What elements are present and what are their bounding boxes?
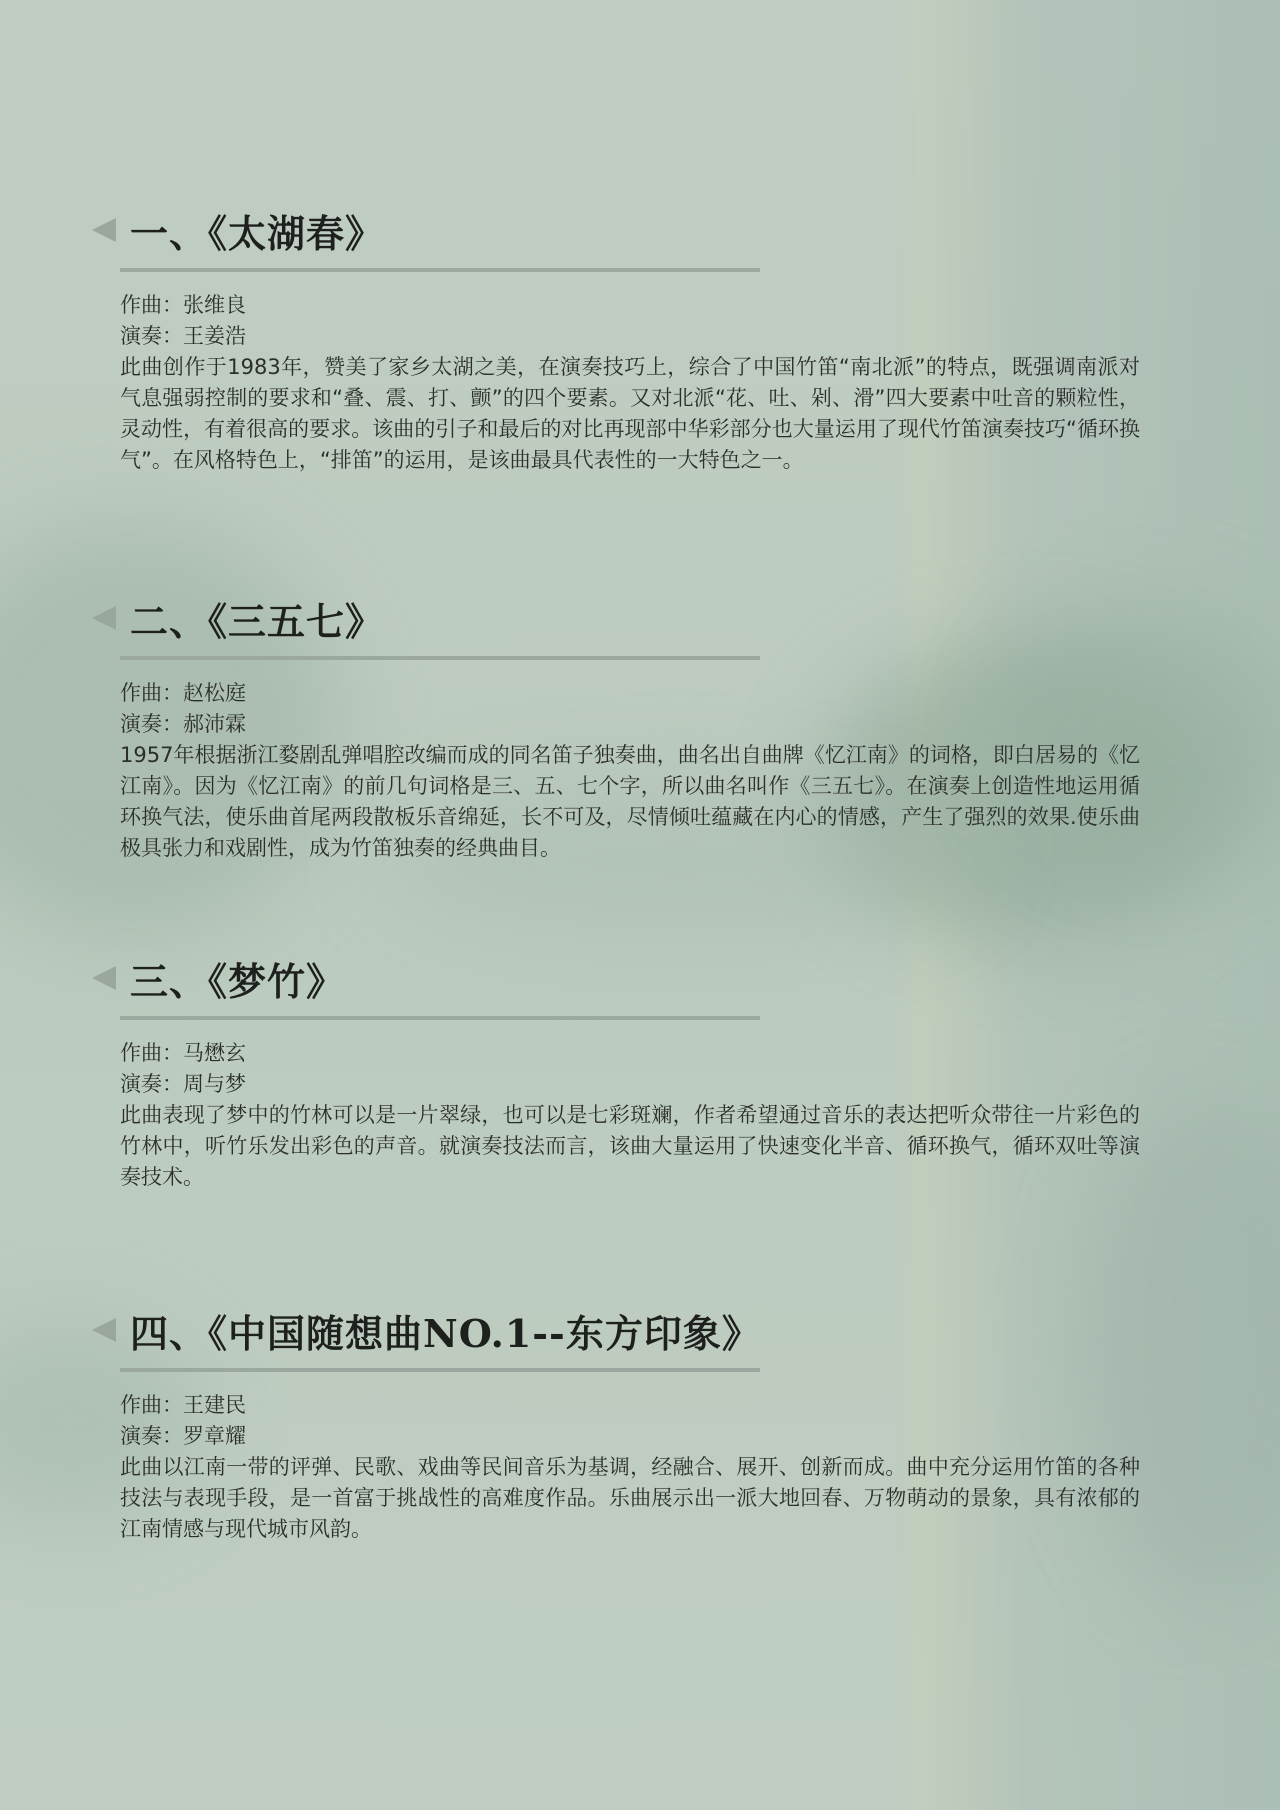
performer-name: 周与梦 xyxy=(183,1072,246,1096)
section-heading-row: 四、《中国随想曲NO.1--东方印象》 xyxy=(92,1300,1152,1360)
piece-section: 三、《梦竹》 作曲：马懋玄 演奏：周与梦 此曲表现了梦中的竹林可以是一片翠绿，也… xyxy=(92,948,1152,1193)
triangle-marker-icon xyxy=(92,606,116,630)
section-body: 作曲：赵松庭 演奏：郝沛霖 1957年根据浙江婺剧乱弹唱腔改编而成的同名笛子独奏… xyxy=(120,678,1140,864)
section-heading: 三、《梦竹》 xyxy=(130,951,345,1006)
composer-label: 作曲： xyxy=(120,681,183,705)
performer-label: 演奏： xyxy=(120,1072,183,1096)
piece-section: 一、《太湖春》 作曲：张维良 演奏：王姜浩 此曲创作于1983年，赞美了家乡太湖… xyxy=(92,200,1152,476)
section-body: 作曲：张维良 演奏：王姜浩 此曲创作于1983年，赞美了家乡太湖之美，在演奏技巧… xyxy=(120,290,1140,476)
section-heading-row: 三、《梦竹》 xyxy=(92,948,1152,1008)
section-heading: 四、《中国随想曲NO.1--东方印象》 xyxy=(130,1303,761,1358)
triangle-marker-icon xyxy=(92,966,116,990)
section-heading-row: 二、《三五七》 xyxy=(92,588,1152,648)
triangle-marker-icon xyxy=(92,1318,116,1342)
piece-description: 此曲以江南一带的评弹、民歌、戏曲等民间音乐为基调，经融合、展开、创新而成。曲中充… xyxy=(120,1452,1140,1545)
composer-name: 王建民 xyxy=(183,1393,246,1417)
heading-divider xyxy=(120,1016,760,1020)
performer-line: 演奏：王姜浩 xyxy=(120,321,1140,352)
piece-description: 1957年根据浙江婺剧乱弹唱腔改编而成的同名笛子独奏曲，曲名出自曲牌《忆江南》的… xyxy=(120,740,1140,864)
performer-name: 王姜浩 xyxy=(183,324,246,348)
performer-label: 演奏： xyxy=(120,1424,183,1448)
piece-section: 四、《中国随想曲NO.1--东方印象》 作曲：王建民 演奏：罗章耀 此曲以江南一… xyxy=(92,1300,1152,1545)
piece-description: 此曲表现了梦中的竹林可以是一片翠绿，也可以是七彩斑斓，作者希望通过音乐的表达把听… xyxy=(120,1100,1140,1193)
composer-name: 赵松庭 xyxy=(183,681,246,705)
composer-label: 作曲： xyxy=(120,1041,183,1065)
heading-divider xyxy=(120,656,760,660)
section-heading: 一、《太湖春》 xyxy=(130,203,384,258)
composer-line: 作曲：赵松庭 xyxy=(120,678,1140,709)
composer-line: 作曲：马懋玄 xyxy=(120,1038,1140,1069)
heading-divider xyxy=(120,1368,760,1372)
section-body: 作曲：王建民 演奏：罗章耀 此曲以江南一带的评弹、民歌、戏曲等民间音乐为基调，经… xyxy=(120,1390,1140,1545)
performer-label: 演奏： xyxy=(120,712,183,736)
performer-line: 演奏：周与梦 xyxy=(120,1069,1140,1100)
composer-name: 张维良 xyxy=(183,293,246,317)
triangle-marker-icon xyxy=(92,218,116,242)
performer-line: 演奏：罗章耀 xyxy=(120,1421,1140,1452)
performer-line: 演奏：郝沛霖 xyxy=(120,709,1140,740)
section-heading: 二、《三五七》 xyxy=(130,591,384,646)
heading-divider xyxy=(120,268,760,272)
piece-description: 此曲创作于1983年，赞美了家乡太湖之美，在演奏技巧上，综合了中国竹笛“南北派”… xyxy=(120,352,1140,476)
section-heading-row: 一、《太湖春》 xyxy=(92,200,1152,260)
composer-name: 马懋玄 xyxy=(183,1041,246,1065)
piece-section: 二、《三五七》 作曲：赵松庭 演奏：郝沛霖 1957年根据浙江婺剧乱弹唱腔改编而… xyxy=(92,588,1152,864)
composer-line: 作曲：王建民 xyxy=(120,1390,1140,1421)
performer-name: 郝沛霖 xyxy=(183,712,246,736)
section-body: 作曲：马懋玄 演奏：周与梦 此曲表现了梦中的竹林可以是一片翠绿，也可以是七彩斑斓… xyxy=(120,1038,1140,1193)
composer-line: 作曲：张维良 xyxy=(120,290,1140,321)
performer-label: 演奏： xyxy=(120,324,183,348)
performer-name: 罗章耀 xyxy=(183,1424,246,1448)
composer-label: 作曲： xyxy=(120,293,183,317)
composer-label: 作曲： xyxy=(120,1393,183,1417)
